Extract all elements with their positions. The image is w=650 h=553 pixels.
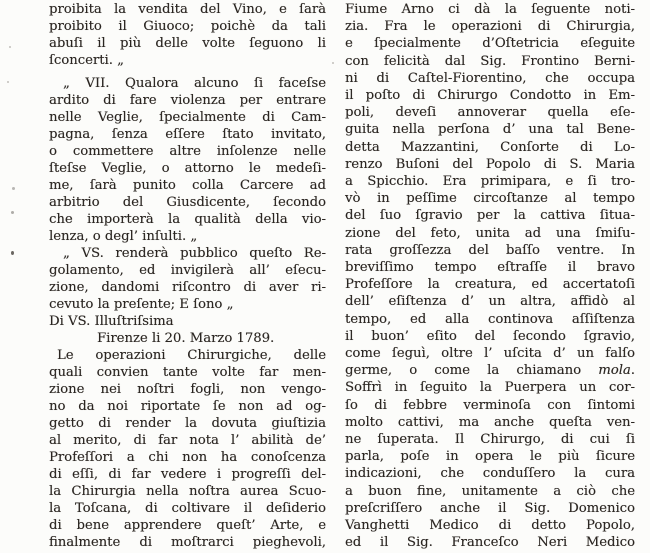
text-line: molto cattivi, ma anche queſta ven- (345, 414, 635, 431)
text-line: ardito di fare violenza per entrare (49, 92, 326, 109)
text-line: ne ſuperata. Il Chirurgo, di cui ſi (345, 431, 635, 448)
text-line: il poſto di Chirurgo Condotto in Em- (345, 87, 635, 104)
text-line: e ſpecialmente d’Oſtetricia eſeguite (345, 35, 635, 52)
text-line: Soffrì in ſeguito la Puerpera un cor- (345, 379, 635, 396)
text-line: Profeſſore la creatura, ed accertatoſi (345, 276, 635, 293)
text-line: zione, dandomi riſcontro di aver ri- (49, 279, 326, 296)
text-line: guita nella perſona d’ una tal Bene- (345, 121, 635, 138)
text-line: rata groſſezza del baſſo ventre. In (345, 242, 635, 259)
text-line: detta Mazzantini, Conſorte di Lo- (345, 139, 635, 156)
text-line: pagna, ſenza eſſere ſtato invitato, (49, 126, 326, 143)
text-column-right: Fiume Arno ci dà la ſeguente noti-zia. F… (345, 1, 635, 552)
text-line: che importerà la qualità della vio- (49, 211, 326, 228)
text-line: getto di render la dovuta giuſtizia (49, 415, 326, 432)
text-line: lenza, o degl’ inſulti. „ (49, 228, 326, 245)
text-line: a buon fine, unitamente a ciò che (345, 483, 635, 500)
ink-speck (11, 251, 14, 255)
text-line: Firenze li 20. Marzo 1789. (49, 330, 326, 347)
text-line: dell’ eſiſtenza d’ un altra, affidò al (345, 293, 635, 310)
text-line: golamento, ed invigilerà all’ eſecu- (49, 262, 326, 279)
text-line: con felicità dal Sig. Frontino Berni- (345, 53, 635, 70)
text-line: del ſuo ſgravio per la cattiva ſitua- (345, 207, 635, 224)
text-line: Vanghetti Medico di detto Popolo, (345, 517, 635, 534)
text-line: proibita la vendita del Vino, e ſarà (49, 1, 326, 18)
text-line: zione del feto, unita ad una ſmiſu- (345, 225, 635, 242)
ink-speck (12, 187, 15, 190)
text-line: „ VS. renderà pubblico queſto Re- (49, 245, 326, 262)
text-line: parla, poſe in opera le più ſicure (345, 448, 635, 465)
ink-speck (9, 46, 11, 48)
text-line: me, ſarà punito colla Carcere ad (49, 177, 326, 194)
text-line: ſteſse Veglie, o attorno le medeſi- (49, 160, 326, 177)
text-line: vò in peſſime circoſtanze al tempo (345, 190, 635, 207)
text-line: ſo di febbre verminoſa con ſintomi (345, 397, 635, 414)
text-line: come ſeguì, oltre l’ uſcita d’ un falſo (345, 345, 635, 362)
text-line: quali convien tante volte far men- (49, 364, 326, 381)
text-column-left: proibita la vendita del Vino, e ſaràproi… (49, 1, 326, 551)
ink-speck (332, 62, 334, 64)
text-line: poli, deveſi annoverar quella eſe- (345, 104, 635, 121)
text-line: ſconcerti. „ (49, 52, 326, 69)
text-line: Le operazioni Chirurgiche, delle (49, 347, 326, 364)
text-line: breviſſimo tempo eſtraſſe il bravo (345, 259, 635, 276)
text-line: „ VII. Qualora alcuno ſi faceſse (49, 75, 326, 92)
text-line: nelle Veglie, ſpecialmente di Cam- (49, 109, 326, 126)
text-line: il buon’ eſito del ſecondo ſgravio, (345, 328, 635, 345)
text-line: finalmente di moſtrarci pieghevoli, (49, 534, 326, 551)
text-line: germe, o come la chiamano mola. (345, 362, 635, 379)
scanned-document-page: proibita la vendita del Vino, e ſaràproi… (0, 0, 650, 553)
text-line: proibito il Giuoco; poichè da tali (49, 18, 326, 35)
text-line: zia. Fra le operazioni di Chirurgia, (345, 18, 635, 35)
text-line: cevuto la preſente; E ſono „ (49, 296, 326, 313)
text-line: renzo Buſoni del Popolo di S. Maria (345, 156, 635, 173)
text-line: Fiume Arno ci dà la ſeguente noti- (345, 1, 635, 18)
text-line: a Spicchio. Era primipara, e ſi tro- (345, 173, 635, 190)
text-line: di bene apprendere queſt’ Arte, e (49, 517, 326, 534)
text-line: ed il Sig. Franceſco Neri Medico (345, 534, 635, 551)
italic-word: mola (598, 363, 631, 378)
text-line: Profeſſori a chi non ha conoſcenza (49, 449, 326, 466)
text-line: tempo, ed alla continova aſſiſtenza (345, 311, 635, 328)
ink-speck (11, 211, 14, 214)
text-line: no da noi riportate ſe non ad og- (49, 398, 326, 415)
text-line: al merito, di far nota l’ abilità de’ (49, 432, 326, 449)
text-line: ni di Caſtel-Fiorentino, che occupa (345, 70, 635, 87)
text-line: indicazioni, che conduſſero la cura (345, 465, 635, 482)
text-line: o commettere altre inſolenze nelle (49, 143, 326, 160)
text-line: di eſſi, di far vedere i progreſſi del- (49, 466, 326, 483)
ink-speck (7, 81, 9, 83)
text-line: zione nei noſtri fogli, non vengo- (49, 381, 326, 398)
text-line: la Chirurgia nella noſtra aurea Scuo- (49, 483, 326, 500)
text-line: arbitrio del Giusdicente, ſecondo (49, 194, 326, 211)
text-line: Di VS. Illuſtriſsima (49, 313, 326, 330)
text-line: la Toſcana, di coltivare il deſiderio (49, 500, 326, 517)
text-line: abuſi il più delle volte ſeguono li (49, 35, 326, 52)
text-line: preſcriſſero anche il Sig. Domenico (345, 500, 635, 517)
